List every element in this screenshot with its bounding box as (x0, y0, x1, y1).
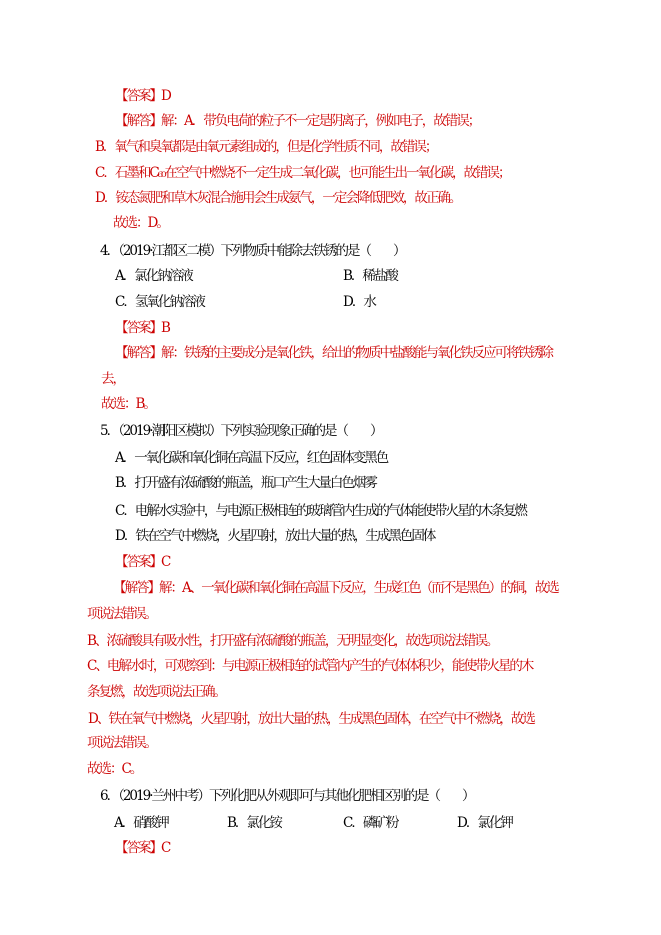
q6-options-text-2: C．磷矿粉 (343, 815, 397, 832)
q5-answer-text-0: 【答案】C (115, 554, 169, 571)
q5-conclusion: 故选：C。 (0, 761, 661, 778)
q3-explain-a: 【解答】解：A．带负电荷的粒子不一定是阴离子，例如电子，故错误； (0, 113, 661, 130)
q6-options: A．硝酸钾B．氯化铵C．磷矿粉D．氯化钾 (0, 815, 661, 832)
q6-options-text-3: D．氯化钾 (457, 815, 512, 832)
q5-stem: 5．（2019·潮阳区模拟）下列实验现象正确的是（ ） (0, 423, 661, 440)
q5-option-d-text-0: D．铁在空气中燃烧，火星四射，放出大量的热，生成黑色固体 (115, 528, 434, 545)
q5-conclusion-text-0: 故选：C。 (87, 761, 141, 778)
q3-explain-a-text-0: 【解答】解：A．带负电荷的粒子不一定是阴离子，例如电子，故错误； (115, 113, 479, 130)
q4-answer-text-0: 【答案】B (115, 320, 169, 337)
q5-explain-c: C、电解水时，可观察到：与电源正极相连的试管内产生的气体体积少，能使带火星的木 (0, 658, 661, 675)
q4-explain: 【解答】解：铁锈的主要成分是氧化铁，给出的物质中盐酸能与氧化铁反应可将铁锈除 (0, 345, 661, 362)
q4-options-ab-text-0: A．氯化钠溶液 (115, 268, 192, 285)
exam-document-page: 【答案】D【解答】解：A．带负电荷的粒子不一定是阴离子，例如电子，故错误；B．氧… (0, 0, 661, 935)
q5-option-c: C．电解水实验中，与电源正极相连的玻璃管内生成的气体能使带火星的木条复燃 (0, 503, 661, 520)
q3-answer-text-0: 【答案】D (115, 88, 170, 105)
q4-options-ab-text-1: B．稀盐酸 (343, 268, 397, 285)
q5-explain-c-wrap: 条复燃，故选项说法正确。 (0, 684, 661, 701)
q5-explain-d-wrap-text-0: 项说法错误。 (87, 735, 156, 752)
q4-stem: 4．（2019·江都区二模）下列物质中能除去铁锈的是（ ） (0, 243, 661, 260)
q3-explain-b: B．氧气和臭氧都是由氧元素组成的，但是化学性质不同，故错误； (0, 139, 661, 156)
q5-option-a: A．一氧化碳和氧化铜在高温下反应，红色固体变黑色 (0, 450, 661, 467)
q3-conclusion: 故选：D。 (0, 215, 661, 232)
q4-options-cd-text-0: C．氢氧化钠溶液 (115, 294, 204, 311)
q4-options-cd: C．氢氧化钠溶液D．水 (0, 294, 661, 311)
q5-explain-d-text-0: D、铁在氧气中燃烧，火星四射，放出大量的热，生成黑色固体，在空气中不燃烧，故选 (88, 711, 534, 728)
q5-option-b: B．打开盛有浓硫酸的瓶盖，瓶口产生大量白色烟雾 (0, 475, 661, 492)
q5-option-d: D．铁在空气中燃烧，火星四射，放出大量的热，生成黑色固体 (0, 528, 661, 545)
q5-explain-b: B、浓硫酸具有吸水性，打开盛有浓硫酸的瓶盖，无明显变化，故选项说法错误。 (0, 633, 661, 650)
q6-options-text-1: B．氯化铵 (227, 815, 281, 832)
q3-explain-d: D．铵态氮肥和草木灰混合施用会生成氨气，一定会降低肥效，故正确。 (0, 190, 661, 207)
q4-options-cd-text-1: D．水 (343, 294, 375, 311)
q3-explain-b-text-0: B．氧气和臭氧都是由氧元素组成的，但是化学性质不同，故错误； (95, 139, 436, 156)
q5-explain-a-wrap: 项说法错误。 (0, 606, 661, 623)
q3-explain-c-text-0: C．石墨和C₆₀在空气中燃烧不一定生成二氧化碳，也可能生出一氧化碳，故错误； (95, 165, 509, 182)
q3-conclusion-text-0: 故选：D。 (113, 215, 168, 232)
q6-stem-text-0: 6．（2019·兰州中考）下列化肥从外观即可与其他化肥相区别的是（ ） (100, 788, 474, 805)
q6-answer-text-0: 【答案】C (115, 840, 169, 857)
q5-answer: 【答案】C (0, 554, 661, 571)
q3-answer: 【答案】D (0, 88, 661, 105)
q4-conclusion: 故选：B。 (0, 396, 661, 413)
q3-explain-c: C．石墨和C₆₀在空气中燃烧不一定生成二氧化碳，也可能生出一氧化碳，故错误； (0, 165, 661, 182)
q5-explain-b-text-0: B、浓硫酸具有吸水性，打开盛有浓硫酸的瓶盖，无明显变化，故选项说法错误。 (87, 633, 497, 650)
q4-stem-text-0: 4．（2019·江都区二模）下列物质中能除去铁锈的是（ ） (100, 243, 405, 260)
q6-stem: 6．（2019·兰州中考）下列化肥从外观即可与其他化肥相区别的是（ ） (0, 788, 661, 805)
q4-options-ab: A．氯化钠溶液B．稀盐酸 (0, 268, 661, 285)
q5-explain-c-text-0: C、电解水时，可观察到：与电源正极相连的试管内产生的气体体积少，能使带火星的木 (87, 658, 532, 675)
q5-explain-a-wrap-text-0: 项说法错误。 (87, 606, 156, 623)
q5-explain-c-wrap-text-0: 条复燃，故选项说法正确。 (87, 684, 225, 701)
q4-explain-wrap-text-0: 去， (101, 371, 124, 388)
q5-option-c-text-0: C．电解水实验中，与电源正极相连的玻璃管内生成的气体能使带火星的木条复燃 (115, 503, 526, 520)
q4-explain-text-0: 【解答】解：铁锈的主要成分是氧化铁，给出的物质中盐酸能与氧化铁反应可将铁锈除 (115, 345, 552, 362)
q5-stem-text-0: 5．（2019·潮阳区模拟）下列实验现象正确的是（ ） (100, 423, 382, 440)
q6-answer: 【答案】C (0, 840, 661, 857)
q4-conclusion-text-0: 故选：B。 (101, 396, 155, 413)
q6-options-text-0: A．硝酸钾 (114, 815, 168, 832)
q5-option-a-text-0: A．一氧化碳和氧化铜在高温下反应，红色固体变黑色 (115, 450, 387, 467)
q5-option-b-text-0: B．打开盛有浓硫酸的瓶盖，瓶口产生大量白色烟雾 (115, 475, 376, 492)
q5-explain-d-wrap: 项说法错误。 (0, 735, 661, 752)
q4-answer: 【答案】B (0, 320, 661, 337)
q5-explain-a: 【解答】解：A、一氧化碳和氧化铜在高温下反应，生成红色（而不是黑色）的铜，故选 (0, 580, 661, 597)
q3-explain-d-text-0: D．铵态氮肥和草木灰混合施用会生成氨气，一定会降低肥效，故正确。 (95, 190, 460, 207)
q4-explain-wrap: 去， (0, 371, 661, 388)
q5-explain-d: D、铁在氧气中燃烧，火星四射，放出大量的热，生成黑色固体，在空气中不燃烧，故选 (0, 711, 661, 728)
q5-explain-a-text-0: 【解答】解：A、一氧化碳和氧化铜在高温下反应，生成红色（而不是黑色）的铜，故选 (113, 580, 558, 597)
